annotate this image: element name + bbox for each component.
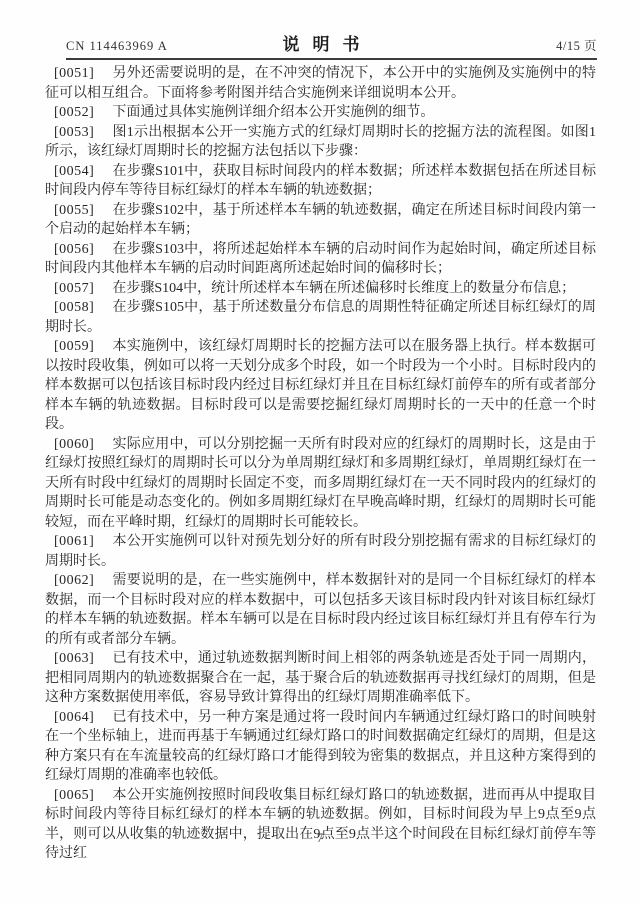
paragraph-text: 实际应用中，可以分别挖掘一天所有时段对应的红绿灯的周期时长，这是由于红绿灯按照红… — [45, 437, 596, 530]
paragraph-tag: [0057] — [54, 281, 94, 296]
paragraph-text: 在步骤S101中，获取目标时间段内的样本数据；所述样本数据包括在所述目标时间段内… — [45, 164, 596, 199]
paragraph-tag: [0059] — [54, 339, 94, 354]
document-title: 说明书 — [270, 30, 373, 55]
paragraph-tag: [0065] — [54, 788, 94, 803]
paragraph-tag: [0064] — [54, 710, 94, 725]
paragraph-tag: [0062] — [54, 573, 94, 588]
paragraph: [0052]下面通过具体实施例详细介绍本公开实施例的细节。 — [45, 103, 596, 123]
paragraph-tag: [0058] — [54, 300, 94, 315]
paragraph: [0059]本实施例中，该红绿灯周期时长的挖掘方法可以在服务器上执行。样本数据可… — [45, 337, 596, 435]
paragraph-tag: [0051] — [54, 66, 94, 81]
paragraph-text: 已有技术中，通过轨迹数据判断时间上相邻的两条轨迹是否处于同一周期内，把相同周期内… — [45, 651, 596, 705]
paragraph: [0056]在步骤S103中，将所述起始样本车辆的启动时间作为起始时间，确定所述… — [45, 240, 596, 279]
page-footer: 7 — [0, 830, 640, 846]
paragraph-text: 需要说明的是，在一些实施例中，样本数据针对的是同一个目标红绿灯的样本数据，而一个… — [45, 573, 596, 647]
paragraph-tag: [0056] — [54, 242, 94, 257]
paragraph-tag: [0053] — [54, 125, 94, 140]
page-header: CN 114463969 A 说明书 4/15 页 — [66, 36, 597, 60]
paragraph-text: 另外还需要说明的是，在不冲突的情况下，本公开中的实施例及实施例中的特征可以相互组… — [45, 66, 596, 101]
paragraph-text: 本实施例中，该红绿灯周期时长的挖掘方法可以在服务器上执行。样本数据可以按时段收集… — [45, 339, 596, 432]
paragraphs: [0051]另外还需要说明的是，在不冲突的情况下，本公开中的实施例及实施例中的特… — [45, 64, 596, 864]
paragraph: [0060]实际应用中，可以分别挖掘一天所有时段对应的红绿灯的周期时长，这是由于… — [45, 435, 596, 533]
page-indicator: 4/15 页 — [556, 36, 597, 54]
paragraph: [0057]在步骤S104中，统计所述样本车辆在所述偏移时长维度上的数量分布信息… — [45, 279, 596, 299]
paragraph: [0065]本公开实施例按照时间段收集目标红绿灯路口的轨迹数据，进而再从中提取目… — [45, 786, 596, 864]
paragraph-text: 已有技术中，另一种方案是通过将一段时间内车辆通过红绿灯路口的时间映射在一个坐标轴… — [45, 710, 596, 784]
paragraph-text: 在步骤S104中，统计所述样本车辆在所述偏移时长维度上的数量分布信息； — [112, 281, 575, 296]
paragraph: [0055]在步骤S102中，基于所述样本车辆的轨迹数据，确定在所述目标时间段内… — [45, 201, 596, 240]
paragraph-text: 下面通过具体实施例详细介绍本公开实施例的细节。 — [112, 105, 434, 120]
paragraph: [0064]已有技术中，另一种方案是通过将一段时间内车辆通过红绿灯路口的时间映射… — [45, 708, 596, 786]
paragraph-tag: [0060] — [54, 437, 94, 452]
paragraph-text: 本公开实施例可以针对预先划分好的所有时段分别挖掘有需求的目标红绿灯的周期时长。 — [45, 534, 596, 569]
paragraph: [0053]图1示出根据本公开一实施方式的红绿灯周期时长的挖掘方法的流程图。如图… — [45, 123, 596, 162]
paragraph: [0054]在步骤S101中，获取目标时间段内的样本数据；所述样本数据包括在所述… — [45, 162, 596, 201]
paragraph-text: 本公开实施例按照时间段收集目标红绿灯路口的轨迹数据，进而再从中提取目标时间段内等… — [45, 788, 596, 862]
paragraph-tag: [0055] — [54, 203, 94, 218]
paragraph: [0062]需要说明的是，在一些实施例中，样本数据针对的是同一个目标红绿灯的样本… — [45, 571, 596, 649]
paragraph-tag: [0052] — [54, 105, 94, 120]
paragraph: [0061]本公开实施例可以针对预先划分好的所有时段分别挖掘有需求的目标红绿灯的… — [45, 532, 596, 571]
paragraph-text: 在步骤S105中，基于所述数量分布信息的周期性特征确定所述目标红绿灯的周期时长。 — [45, 300, 596, 335]
paragraph: [0063]已有技术中，通过轨迹数据判断时间上相邻的两条轨迹是否处于同一周期内，… — [45, 649, 596, 708]
paragraph-tag: [0061] — [54, 534, 94, 549]
page-number: 7 — [317, 830, 324, 845]
paragraph-text: 在步骤S103中，将所述起始样本车辆的启动时间作为起始时间，确定所述目标时间段内… — [45, 242, 596, 277]
paragraph: [0058]在步骤S105中，基于所述数量分布信息的周期性特征确定所述目标红绿灯… — [45, 298, 596, 337]
paragraph-tag: [0063] — [54, 651, 94, 666]
publication-number: CN 114463969 A — [66, 39, 168, 54]
paragraph: [0051]另外还需要说明的是，在不冲突的情况下，本公开中的实施例及实施例中的特… — [45, 64, 596, 103]
paragraph-text: 图1示出根据本公开一实施方式的红绿灯周期时长的挖掘方法的流程图。如图1所示，该红… — [45, 125, 596, 160]
paragraph-tag: [0054] — [54, 164, 94, 179]
paragraph-text: 在步骤S102中，基于所述样本车辆的轨迹数据，确定在所述目标时间段内第一个启动的… — [45, 203, 596, 238]
patent-specification-page: CN 114463969 A 说明书 4/15 页 [0051]另外还需要说明的… — [0, 0, 640, 906]
